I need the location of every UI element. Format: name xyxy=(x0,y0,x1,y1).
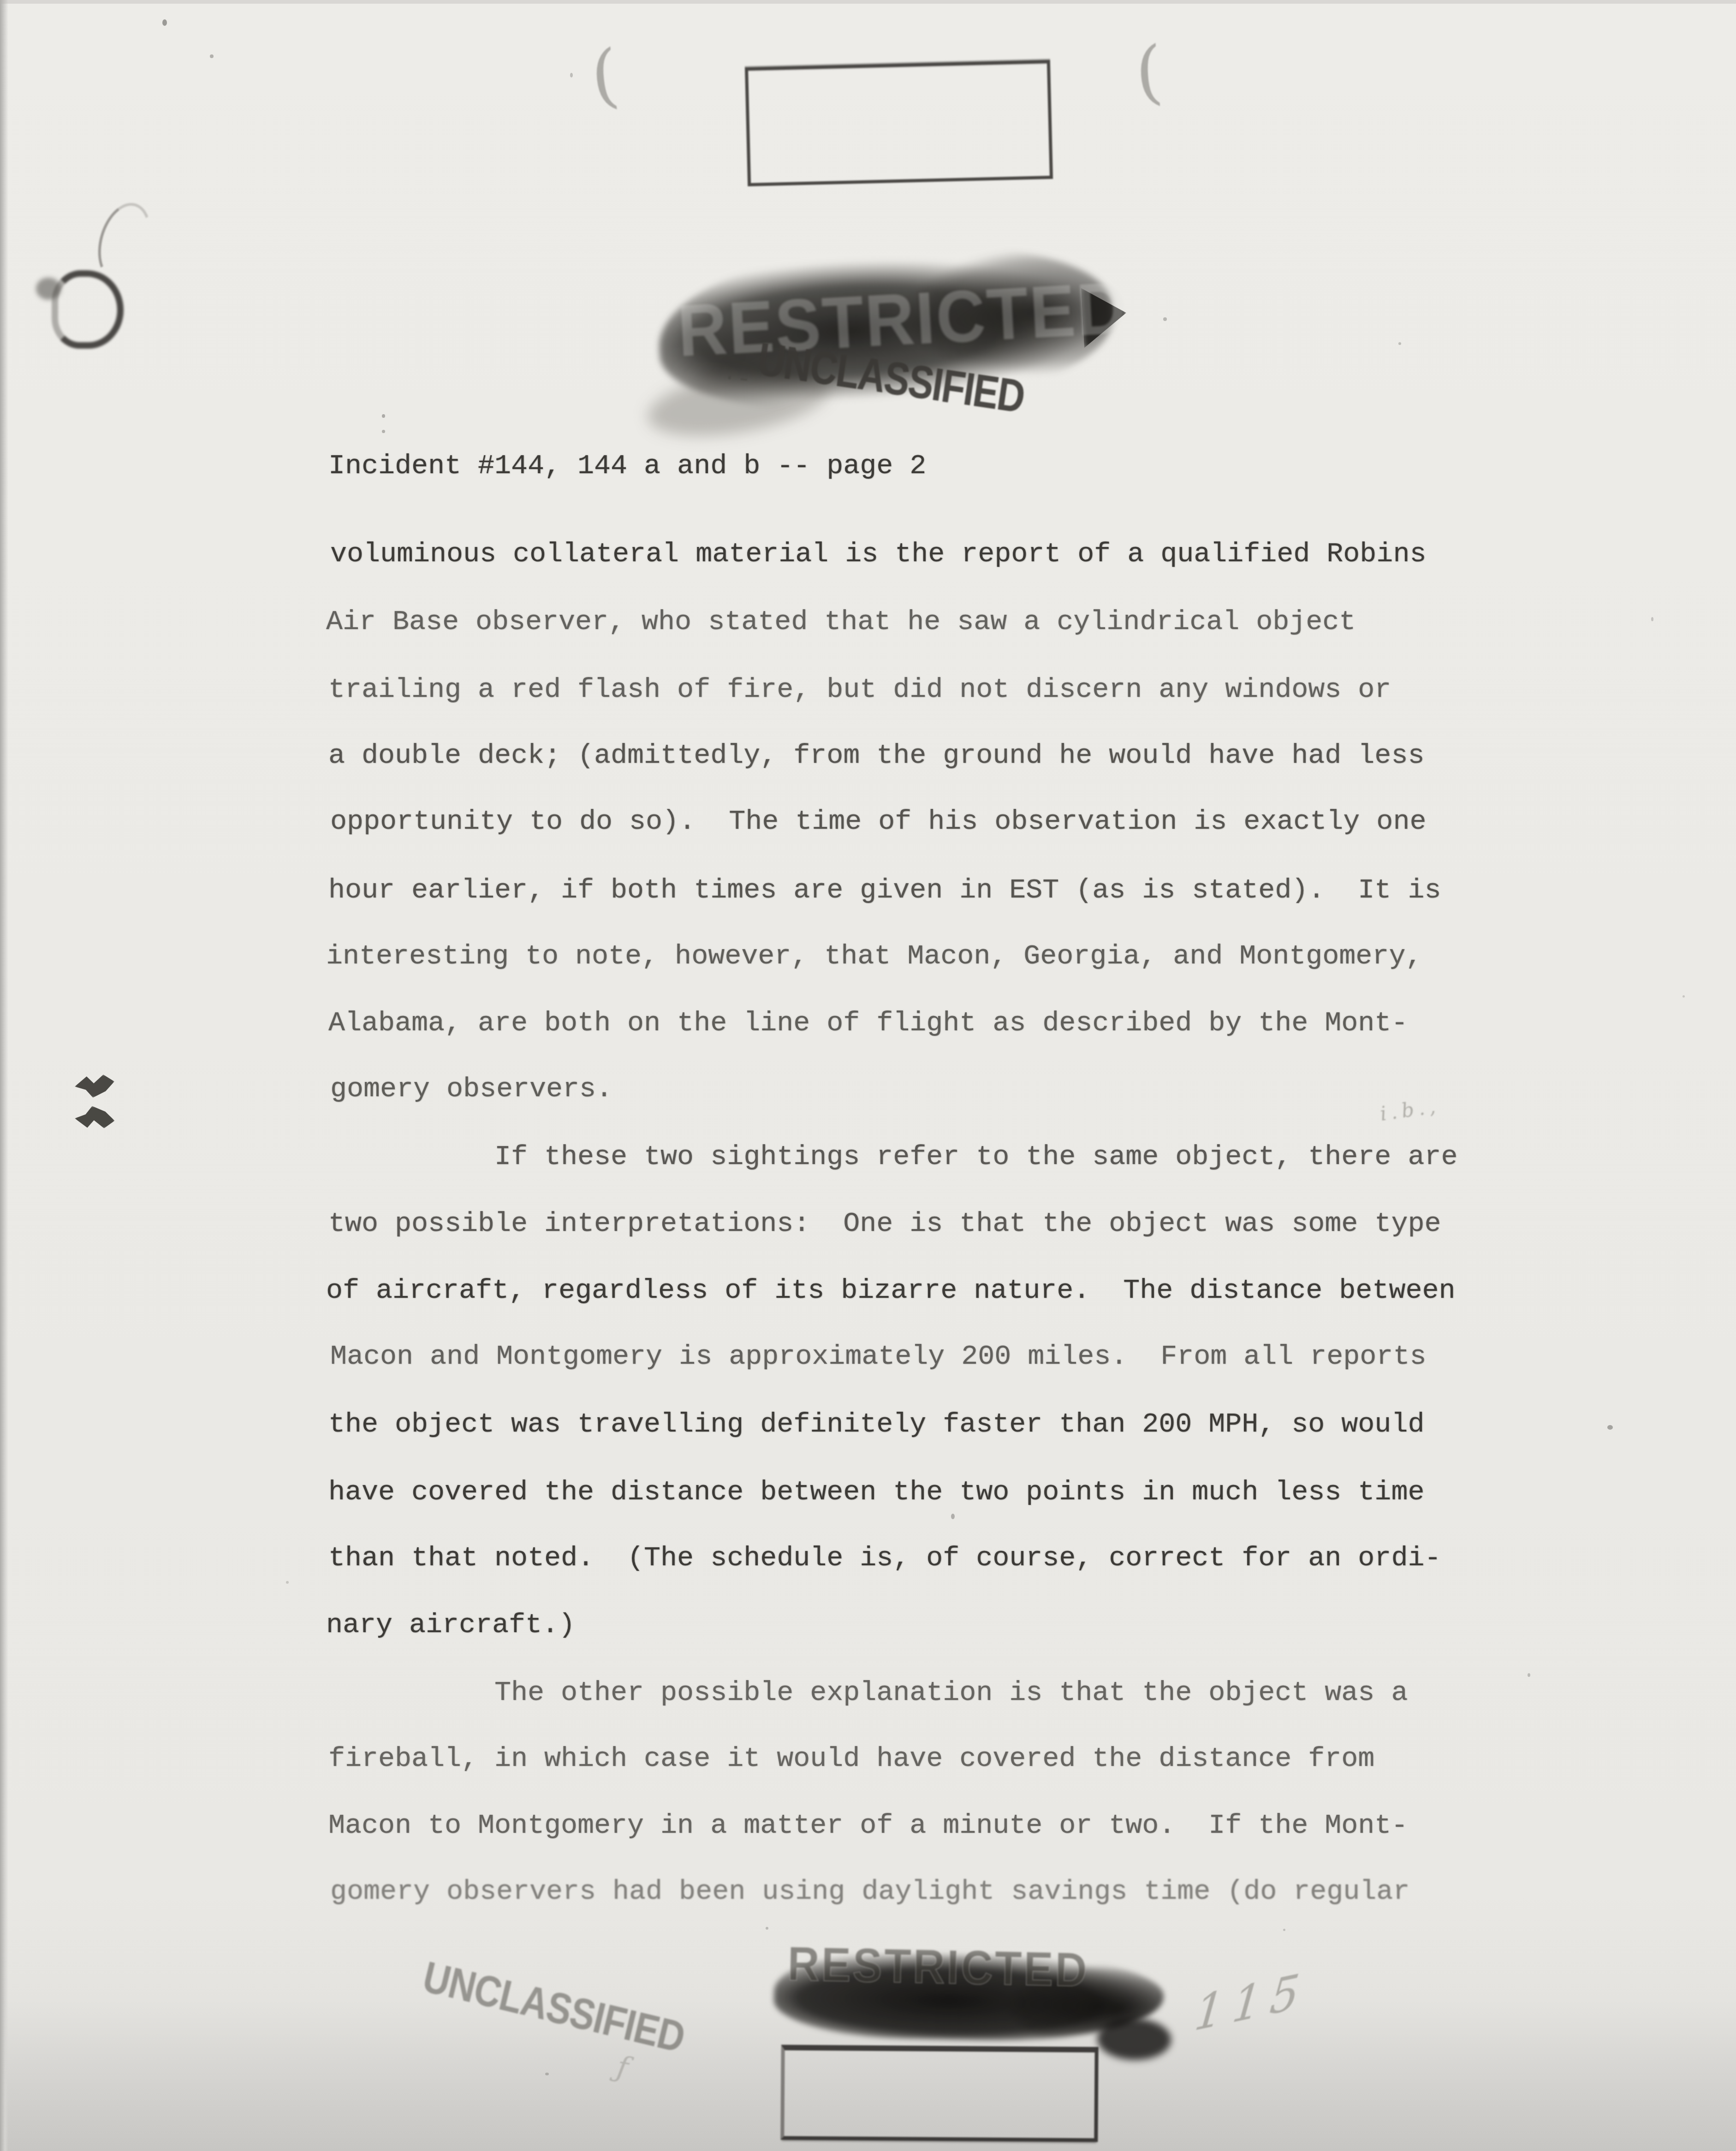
typed-line: hour earlier, if both times are given in… xyxy=(328,857,1457,924)
empty-box-stamp-bottom xyxy=(780,2045,1098,2142)
empty-box-stamp-top xyxy=(745,60,1053,186)
dust-speck xyxy=(1682,995,1685,998)
dust-speck xyxy=(951,1514,955,1519)
typed-line: If these two sightings refer to the same… xyxy=(328,1124,1457,1191)
typed-line: Air Base observer, who stated that he sa… xyxy=(326,589,1455,656)
dust-speck xyxy=(1651,617,1653,621)
scan-left-edge-shadow xyxy=(0,0,8,2151)
typed-line: The other possible explanation is that t… xyxy=(328,1660,1457,1727)
typed-line: gomery observers. xyxy=(330,1056,1459,1123)
left-margin-ink-marks xyxy=(75,1075,116,1135)
dust-speck xyxy=(1528,1673,1530,1677)
typed-line: voluminous collateral material is the re… xyxy=(330,521,1459,588)
dust-speck xyxy=(1398,342,1401,345)
dust-speck xyxy=(286,1581,289,1584)
dust-speck xyxy=(382,414,385,418)
dust-speck xyxy=(570,73,573,77)
typed-body-text: voluminous collateral material is the re… xyxy=(328,522,1457,1926)
typed-line: two possible interpretations: One is tha… xyxy=(328,1191,1457,1258)
dust-speck xyxy=(1283,1929,1285,1931)
dust-speck xyxy=(162,19,167,26)
typed-line: have covered the distance between the tw… xyxy=(328,1459,1457,1526)
dust-speck xyxy=(766,1927,768,1930)
stamp-stray-dots: ·- xyxy=(721,364,752,394)
margin-mark-upper xyxy=(75,1075,114,1098)
typed-line: than that noted. (The schedule is, of co… xyxy=(328,1525,1457,1592)
restricted-stamp-bottom-smudged: RESTRICTED xyxy=(773,1950,1165,2044)
ink-blot-mark xyxy=(52,270,124,349)
scanned-document-page: RESTRICTED ·- UNCLASSIFIED Incident #144… xyxy=(0,0,1736,2151)
restricted-stamp-text: RESTRICTED xyxy=(787,1937,1089,1997)
typed-line: fireball, in which case it would have co… xyxy=(328,1726,1457,1793)
typed-line: of aircraft, regardless of its bizarre n… xyxy=(326,1258,1455,1325)
dust-speck xyxy=(210,54,214,58)
typed-line: Macon and Montgomery is approximately 20… xyxy=(330,1324,1459,1390)
typed-line: a double deck; (admittedly, from the gro… xyxy=(328,723,1457,790)
typed-line: the object was travelling definitely fas… xyxy=(328,1391,1457,1458)
stray-paren-mark-left: ( xyxy=(587,35,622,117)
typed-line: opportunity to do so). The time of his o… xyxy=(330,789,1459,856)
dust-speck xyxy=(545,2073,549,2075)
pencil-tick-mark: ƒ xyxy=(614,2050,631,2086)
typed-line: nary aircraft.) xyxy=(326,1592,1455,1659)
typed-line: gomery observers had been using daylight… xyxy=(330,1859,1459,1925)
typed-line: Alabama, are both on the line of flight … xyxy=(328,990,1457,1057)
dust-speck xyxy=(1163,317,1167,321)
scan-top-edge-shadow xyxy=(0,0,1736,4)
typed-incident-heading: Incident #144, 144 a and b -- page 2 xyxy=(328,450,926,483)
stray-paren-mark-right: ( xyxy=(1133,31,1165,113)
dust-speck xyxy=(382,430,385,433)
handwritten-page-number: 115 xyxy=(1192,1961,1311,2042)
ink-smudge-droop xyxy=(1097,2018,1171,2061)
margin-mark-lower xyxy=(74,1105,115,1130)
typed-line: Macon to Montgomery in a matter of a min… xyxy=(328,1793,1457,1860)
typed-line: interesting to note, however, that Macon… xyxy=(326,923,1455,990)
dust-speck xyxy=(1607,1425,1613,1430)
unclassified-stamp-bottom: UNCLASSIFIED xyxy=(418,1952,690,2063)
typed-line: trailing a red flash of fire, but did no… xyxy=(328,657,1457,724)
